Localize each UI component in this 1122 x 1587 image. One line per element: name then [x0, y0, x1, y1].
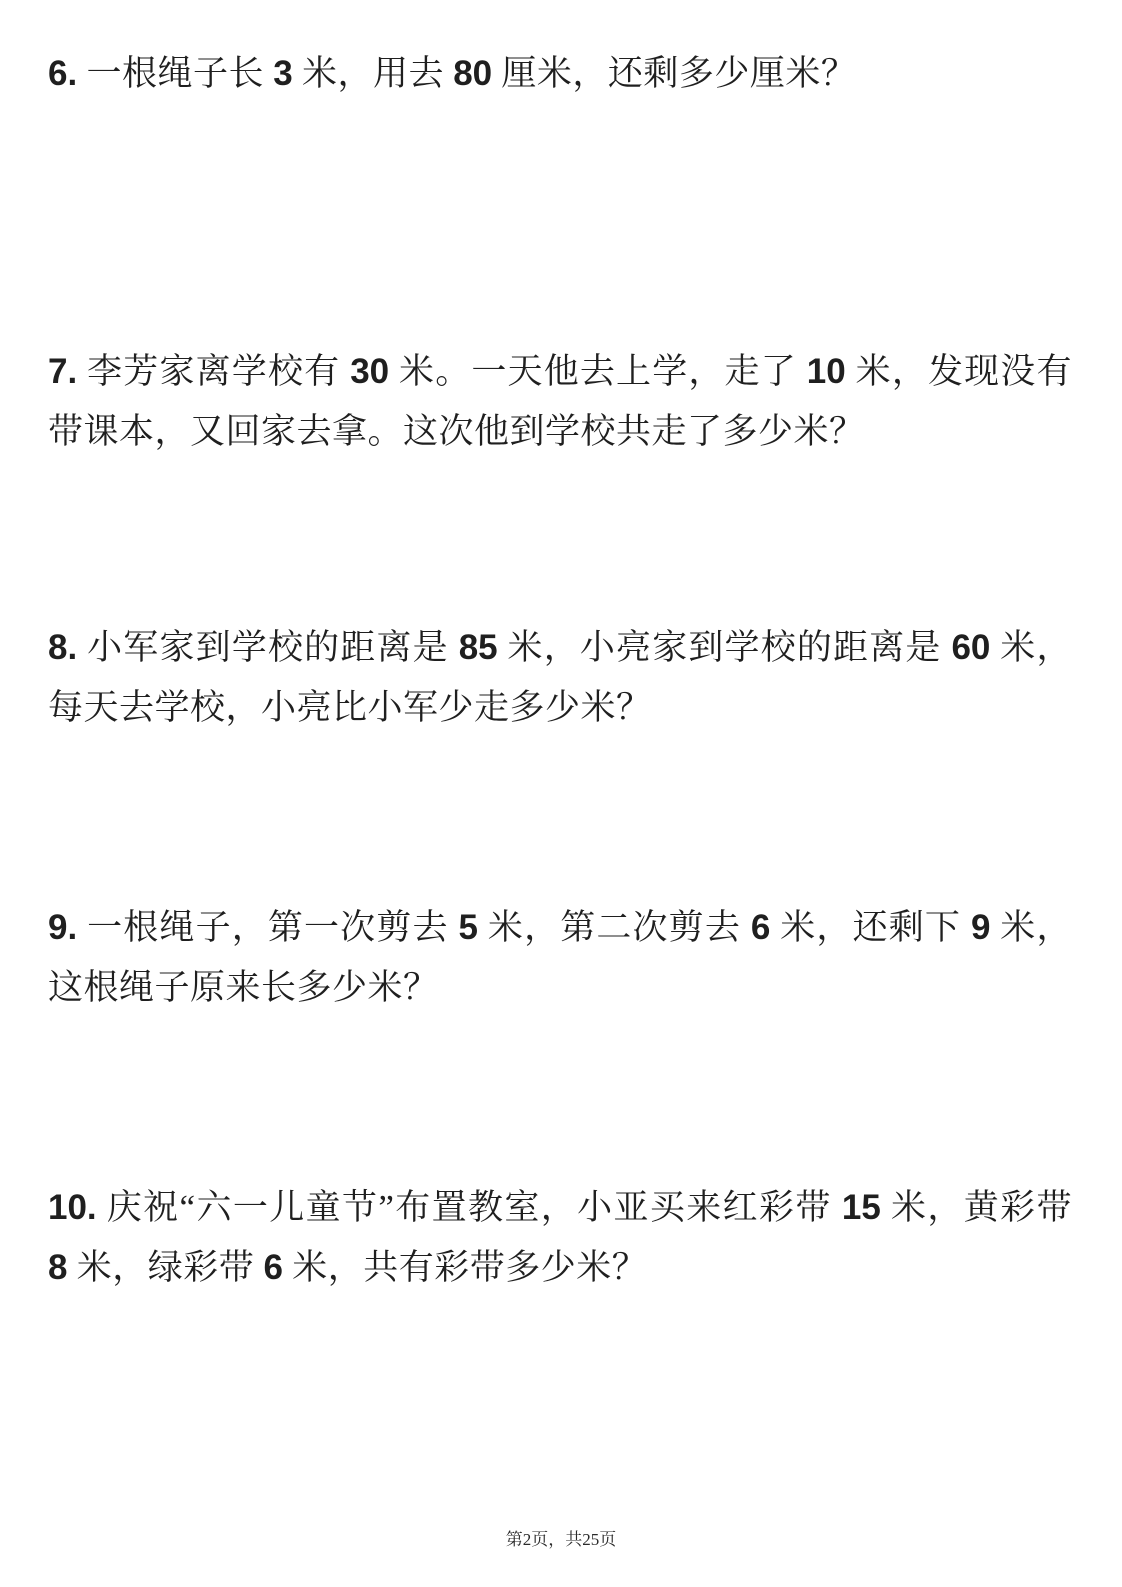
question-number: 6.	[48, 54, 77, 93]
question-8: 8. 小军家到学校的距离是 85 米，小亮家到学校的距离是 60 米，每天去学校…	[48, 618, 1072, 738]
question-10: 10. 庆祝“六一儿童节”布置教室，小亚买来红彩带 15 米，黄彩带 8 米，绿…	[48, 1178, 1072, 1298]
question-6: 6. 一根绳子长 3 米，用去 80 厘米，还剩多少厘米？	[48, 44, 1072, 104]
question-number: 80	[453, 54, 492, 93]
question-number: 3	[273, 54, 292, 93]
question-number: 8.	[48, 628, 77, 667]
question-number: 15	[842, 1188, 881, 1227]
question-number: 9.	[48, 908, 77, 947]
question-number: 7.	[48, 352, 77, 391]
worksheet-page: 6. 一根绳子长 3 米，用去 80 厘米，还剩多少厘米？7. 李芳家离学校有 …	[0, 0, 1122, 1587]
question-number: 10.	[48, 1188, 97, 1227]
question-number: 30	[350, 352, 389, 391]
question-number: 10	[807, 352, 846, 391]
question-number: 5	[459, 908, 478, 947]
question-7: 7. 李芳家离学校有 30 米。一天他去上学，走了 10 米，发现没有带课本，又…	[48, 342, 1072, 462]
question-number: 6	[263, 1248, 282, 1287]
question-number: 9	[971, 908, 990, 947]
question-number: 85	[459, 628, 498, 667]
page-footer: 第2页，共25页	[0, 1528, 1122, 1552]
question-number: 8	[48, 1248, 67, 1287]
question-9: 9. 一根绳子，第一次剪去 5 米，第二次剪去 6 米，还剩下 9 米，这根绳子…	[48, 898, 1072, 1018]
question-number: 6	[751, 908, 770, 947]
question-number: 60	[951, 628, 990, 667]
